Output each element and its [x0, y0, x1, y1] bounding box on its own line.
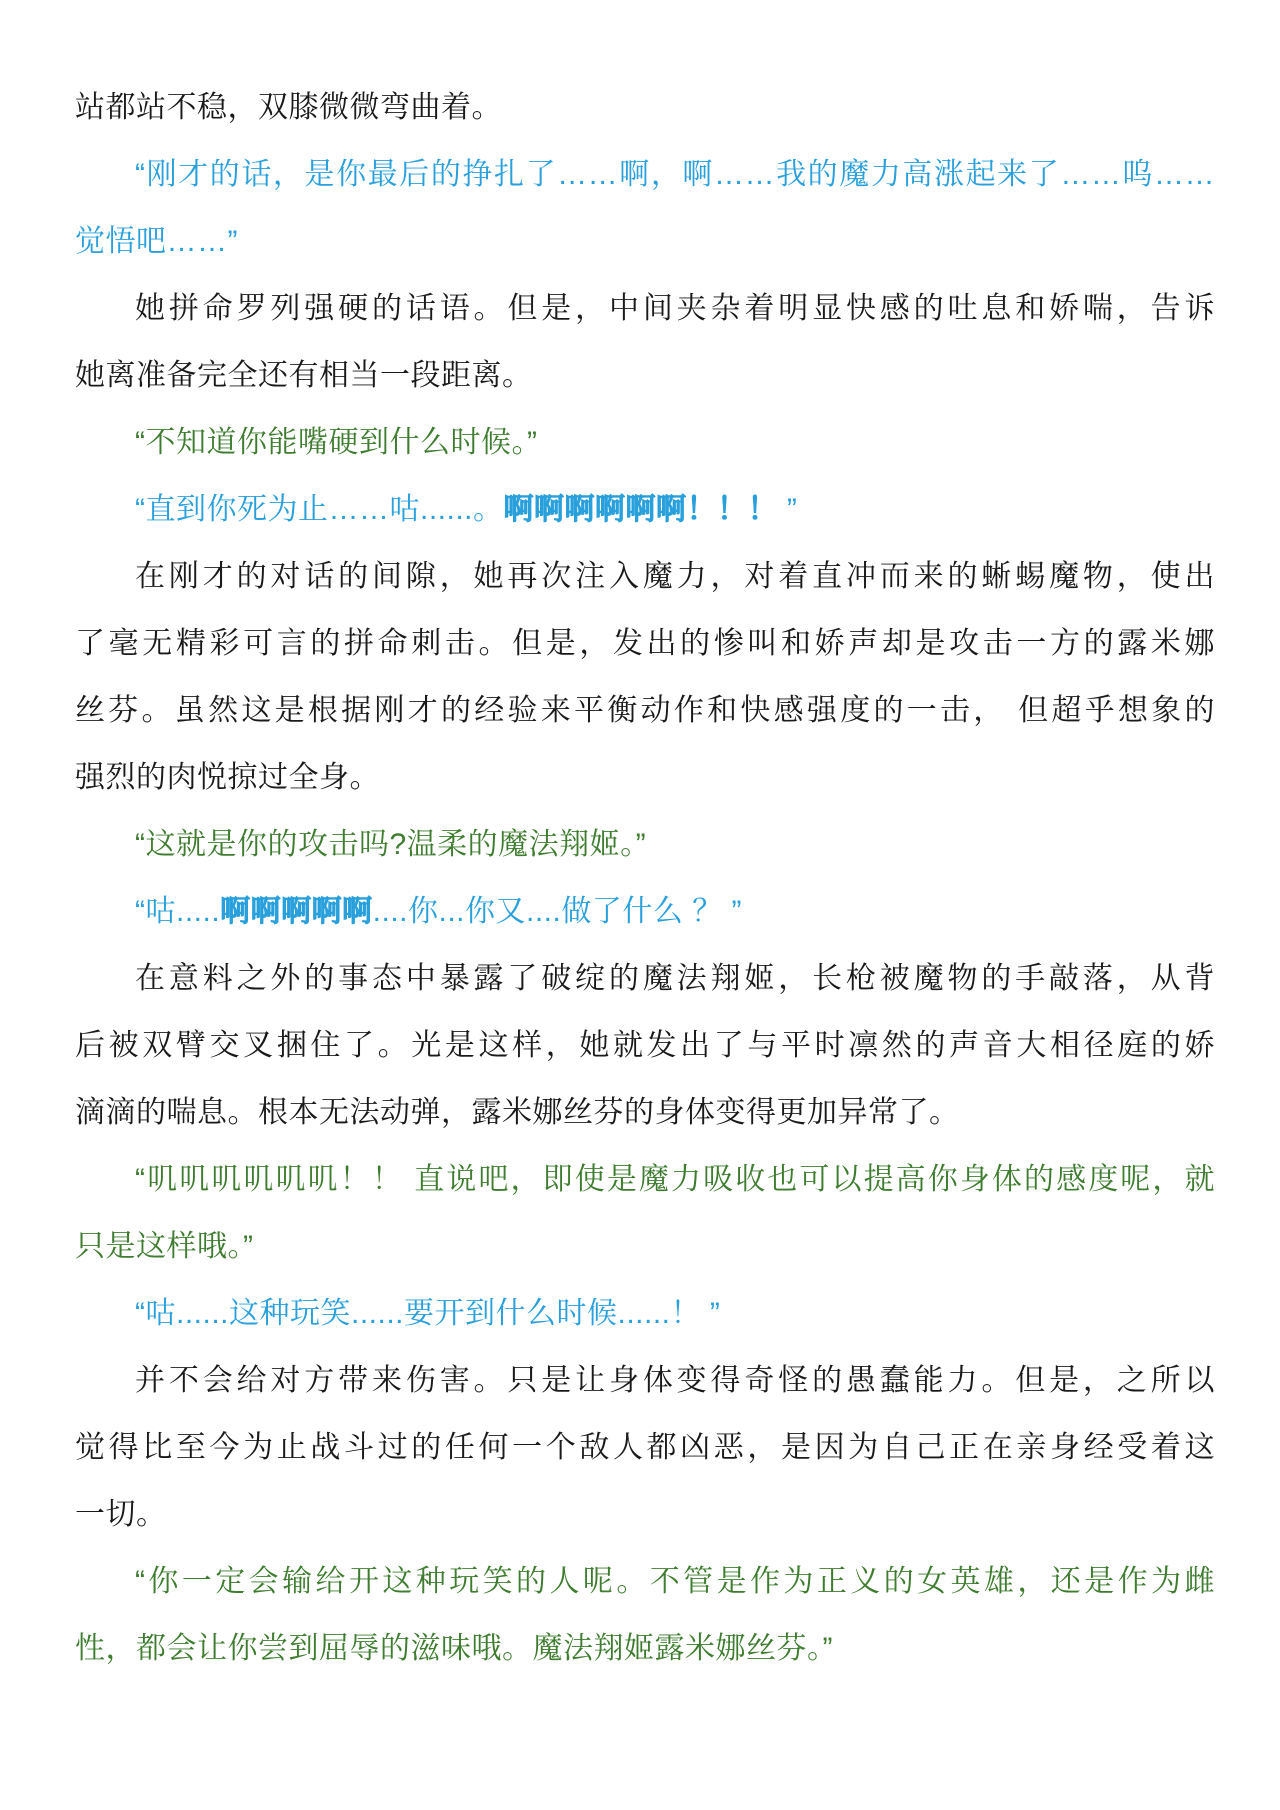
text-segment: ....你...你又....做了什么 ？ ”: [373, 895, 742, 928]
text-line: 她离准备完全还有相当一段距离。: [75, 342, 1215, 409]
text-segment: “咕.....: [135, 895, 220, 928]
text-line: 觉得比至今为止战斗过的任何一个敌人都凶恶，是因为自己正在亲身经受着这: [75, 1414, 1215, 1481]
text-segment: “你一定会输给开这种玩笑的人呢。不管是作为正义的女英雄，还是作为雌: [135, 1565, 1215, 1598]
text-line: 站都站不稳，双膝微微弯曲着。: [75, 74, 1215, 141]
text-line: “咕.....啊啊啊啊啊....你...你又....做了什么 ？ ”: [75, 878, 1215, 945]
text-segment: 她拼命罗列强硬的话语。但是，中间夹杂着明显快感的吐息和娇喘，告诉: [135, 292, 1215, 325]
text-segment: 在刚才的对话的间隙，她再次注入魔力，对着直冲而来的蜥蜴魔物，使出: [135, 560, 1215, 593]
text-segment: 滴滴的喘息。根本无法动弹，露米娜丝芬的身体变得更加异常了。: [75, 1096, 960, 1129]
text-segment: 了毫无精彩可言的拼命刺击。但是，发出的惨叫和娇声却是攻击一方的露米娜: [75, 627, 1215, 660]
text-segment: 觉得比至今为止战斗过的任何一个敌人都凶恶，是因为自己正在亲身经受着这: [75, 1431, 1215, 1464]
paragraph: “刚才的话，是你最后的挣扎了……啊，啊……我的魔力高涨起来了……呜……觉悟吧………: [75, 141, 1215, 275]
text-line: “咕......这种玩笑......要开到什么时候......！ ”: [75, 1280, 1215, 1347]
paragraph: 并不会给对方带来伤害。只是让身体变得奇怪的愚蠢能力。但是，之所以觉得比至今为止战…: [75, 1347, 1215, 1548]
paragraph: “你一定会输给开这种玩笑的人呢。不管是作为正义的女英雄，还是作为雌性，都会让你尝…: [75, 1548, 1215, 1682]
text-segment: “咕......这种玩笑......要开到什么时候......！ ”: [135, 1297, 720, 1330]
text-segment: 觉悟吧……”: [75, 225, 238, 258]
text-segment: ”: [778, 493, 797, 526]
paragraph: “咕.....啊啊啊啊啊....你...你又....做了什么 ？ ”: [75, 878, 1215, 945]
text-line: 一切。: [75, 1481, 1215, 1548]
document-page: 站都站不稳，双膝微微弯曲着。“刚才的话，是你最后的挣扎了……啊，啊……我的魔力高…: [0, 0, 1280, 1810]
text-line: 在刚才的对话的间隙，她再次注入魔力，对着直冲而来的蜥蜴魔物，使出: [75, 543, 1215, 610]
text-line: 她拼命罗列强硬的话语。但是，中间夹杂着明显快感的吐息和娇喘，告诉: [75, 275, 1215, 342]
text-segment: “叽叽叽叽叽叽！！ 直说吧，即使是魔力吸收也可以提高你身体的感度呢，就: [135, 1163, 1215, 1196]
text-segment: 性，都会让你尝到屈辱的滋味哦。魔法翔姬露米娜丝芬。”: [75, 1632, 833, 1665]
paragraph: 在刚才的对话的间隙，她再次注入魔力，对着直冲而来的蜥蜴魔物，使出了毫无精彩可言的…: [75, 543, 1215, 811]
text-segment: 强烈的肉悦掠过全身。: [75, 761, 380, 794]
paragraph: “叽叽叽叽叽叽！！ 直说吧，即使是魔力吸收也可以提高你身体的感度呢，就只是这样哦…: [75, 1146, 1215, 1280]
text-segment: 后被双臂交叉捆住了。光是这样，她就发出了与平时凛然的声音大相径庭的娇: [75, 1029, 1215, 1062]
text-line: “你一定会输给开这种玩笑的人呢。不管是作为正义的女英雄，还是作为雌: [75, 1548, 1215, 1615]
text-segment: 她离准备完全还有相当一段距离。: [75, 359, 533, 392]
paragraph: “咕......这种玩笑......要开到什么时候......！ ”: [75, 1280, 1215, 1347]
text-line: 丝芬。虽然这是根据刚才的经验来平衡动作和快感强度的一击， 但超乎想象的: [75, 677, 1215, 744]
text-line: 性，都会让你尝到屈辱的滋味哦。魔法翔姬露米娜丝芬。”: [75, 1615, 1215, 1682]
paragraph: 在意料之外的事态中暴露了破绽的魔法翔姬，长枪被魔物的手敲落，从背后被双臂交叉捆住…: [75, 945, 1215, 1146]
text-line: 后被双臂交叉捆住了。光是这样，她就发出了与平时凛然的声音大相径庭的娇: [75, 1012, 1215, 1079]
text-line: 了毫无精彩可言的拼命刺击。但是，发出的惨叫和娇声却是攻击一方的露米娜: [75, 610, 1215, 677]
text-segment: 在意料之外的事态中暴露了破绽的魔法翔姬，长枪被魔物的手敲落，从背: [135, 962, 1215, 995]
paragraph: “直到你死为止……咕......。啊啊啊啊啊啊！！！ ”: [75, 476, 1215, 543]
text-segment: “刚才的话，是你最后的挣扎了……啊，啊……我的魔力高涨起来了……呜……: [135, 158, 1215, 191]
text-segment: 一切。: [75, 1498, 167, 1531]
paragraph: 她拼命罗列强硬的话语。但是，中间夹杂着明显快感的吐息和娇喘，告诉她离准备完全还有…: [75, 275, 1215, 409]
text-line: “直到你死为止……咕......。啊啊啊啊啊啊！！！ ”: [75, 476, 1215, 543]
text-segment: 站都站不稳，双膝微微弯曲着。: [75, 91, 502, 124]
text-segment: 丝芬。虽然这是根据刚才的经验来平衡动作和快感强度的一击， 但超乎想象的: [75, 694, 1215, 727]
bold-text-segment: 啊啊啊啊啊: [220, 895, 373, 928]
text-segment: “不知道你能嘴硬到什么时候。”: [135, 426, 537, 459]
text-line: “不知道你能嘴硬到什么时候。”: [75, 409, 1215, 476]
text-line: “叽叽叽叽叽叽！！ 直说吧，即使是魔力吸收也可以提高你身体的感度呢，就: [75, 1146, 1215, 1213]
paragraph: 站都站不稳，双膝微微弯曲着。: [75, 74, 1215, 141]
paragraph: “这就是你的攻击吗?温柔的魔法翔姬。”: [75, 811, 1215, 878]
text-line: “刚才的话，是你最后的挣扎了……啊，啊……我的魔力高涨起来了……呜……: [75, 141, 1215, 208]
text-line: 滴滴的喘息。根本无法动弹，露米娜丝芬的身体变得更加异常了。: [75, 1079, 1215, 1146]
text-segment: “这就是你的攻击吗?温柔的魔法翔姬。”: [135, 828, 646, 861]
text-line: 并不会给对方带来伤害。只是让身体变得奇怪的愚蠢能力。但是，之所以: [75, 1347, 1215, 1414]
text-line: 在意料之外的事态中暴露了破绽的魔法翔姬，长枪被魔物的手敲落，从背: [75, 945, 1215, 1012]
text-segment: “直到你死为止……咕......。: [135, 493, 504, 526]
text-line: 只是这样哦。”: [75, 1213, 1215, 1280]
paragraph: “不知道你能嘴硬到什么时候。”: [75, 409, 1215, 476]
bold-text-segment: 啊啊啊啊啊啊！！！: [504, 493, 779, 526]
text-line: 觉悟吧……”: [75, 208, 1215, 275]
text-line: “这就是你的攻击吗?温柔的魔法翔姬。”: [75, 811, 1215, 878]
text-line: 强烈的肉悦掠过全身。: [75, 744, 1215, 811]
text-segment: 并不会给对方带来伤害。只是让身体变得奇怪的愚蠢能力。但是，之所以: [135, 1364, 1215, 1397]
text-segment: 只是这样哦。”: [75, 1230, 254, 1263]
